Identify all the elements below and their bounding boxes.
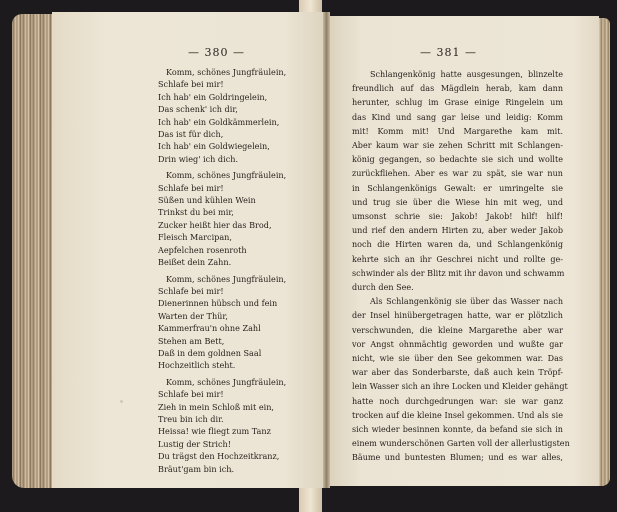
poem-line: Aepfelchen rosenroth (158, 244, 286, 256)
text-line: vor Angst ohnmächtig geworden und wußte … (352, 338, 563, 352)
text-line: und rief den andern Hirten zu, aber wede… (352, 224, 563, 238)
poem-line: Hochzeitlich steht. (158, 359, 286, 371)
text-line: zurückfliehen. Aber es war zu spät, sie … (352, 167, 563, 181)
text-line: sich wieder besinnen konnte, da befand s… (352, 423, 563, 437)
text-line: verschwunden, die kleine Margarethe aber… (352, 324, 563, 338)
poem-stanza: Komm, schönes Jungfräulein, Schlafe bei … (158, 169, 286, 268)
text-line: war aber das Sonderbarste, daß auch kein… (352, 366, 563, 380)
poem-line: Das schenk' ich dir, (158, 103, 286, 115)
poem-line: Lustig der Strich! (158, 438, 286, 450)
poem-line: Komm, schönes Jungfräulein, (158, 169, 286, 181)
poem-line: Warten der Thür, (158, 310, 286, 322)
text-line: lein Wasser sich an ihre Locken und Klei… (352, 380, 563, 394)
poem-line: Stehen am Bett, (158, 335, 286, 347)
prose-text: Schlangenkönig hatte ausgesungen, blinze… (352, 68, 563, 466)
poem-line: Ich hab' ein Goldwiegelein, (158, 140, 286, 152)
poem-line: Schlafe bei mir! (158, 388, 286, 400)
poem-line: Kammerfrau'n ohne Zahl (158, 322, 286, 334)
poem-line: Du trägst den Hochzeitkranz, (158, 450, 286, 462)
poem-line: Ich hab' ein Goldringelein, (158, 91, 286, 103)
poem-line: Trinkst du bei mir, (158, 206, 286, 218)
text-line: trocken auf die kleine Insel gekommen. U… (352, 409, 563, 423)
paragraph: Schlangenkönig hatte ausgesungen, blinze… (352, 68, 563, 295)
text-line: in Schlangenkönigs Gewalt: er umringelte… (352, 182, 563, 196)
text-line: und trug sie über die Wiese hin mit weg,… (352, 196, 563, 210)
poem-line: Fleisch Marcipan, (158, 231, 286, 243)
poem-line: Zieh in mein Schloß mit ein, (158, 401, 286, 413)
text-line: das Kind und sang gar leise und leidig: … (352, 111, 563, 125)
poem-line: Zucker heißt hier das Brod, (158, 219, 286, 231)
text-line: durch den See. (352, 281, 563, 295)
poem-line: Heissa! wie fliegt zum Tanz (158, 425, 286, 437)
poem-line: Komm, schönes Jungfräulein, (158, 66, 286, 78)
text-line: hatte noch durchgedrungen war: sie war g… (352, 395, 563, 409)
paper-stain (120, 400, 123, 403)
text-line: umsonst schrie sie: Jakob! Jakob! hilf! … (352, 210, 563, 224)
text-line: schwinder als der Blitz mit ihr davon un… (352, 267, 563, 281)
right-page-number: — 381 — (420, 46, 477, 59)
text-line: mit! Komm mit! Und Margarethe kam mit. (352, 125, 563, 139)
text-line: herunter, schlug im Grase einige Ringele… (352, 96, 563, 110)
poem-line: Das ist für dich, (158, 128, 286, 140)
poem-line: Beißet dein Zahn. (158, 256, 286, 268)
poem-stanza: Komm, schönes Jungfräulein, Schlafe bei … (158, 376, 286, 475)
text-line: kehrte sich an ihr Geschrei nicht und ro… (352, 253, 563, 267)
poem-stanza: Komm, schönes Jungfräulein, Schlafe bei … (158, 273, 286, 372)
poem-text: Komm, schönes Jungfräulein, Schlafe bei … (158, 66, 286, 479)
paragraph: Als Schlangenkönig sie über das Wasser n… (352, 295, 563, 465)
text-line: könig gegangen, so bedachte sie sich und… (352, 153, 563, 167)
text-line: Schlangenkönig hatte ausgesungen, blinze… (352, 68, 563, 82)
book-gutter (323, 12, 330, 488)
poem-line: Schlafe bei mir! (158, 285, 286, 297)
text-line: einem wunderschönen Garten voll der alle… (352, 437, 563, 451)
poem-line: Ich hab' ein Goldkämmerlein, (158, 116, 286, 128)
text-line: Aber kaum war sie zehen Schritt mit Schl… (352, 139, 563, 153)
poem-line: Drin wieg' ich dich. (158, 153, 286, 165)
text-line: Als Schlangenkönig sie über das Wasser n… (352, 295, 563, 309)
poem-line: Schlafe bei mir! (158, 182, 286, 194)
poem-line: Treu bin ich dir. (158, 413, 286, 425)
poem-line: Schlafe bei mir! (158, 78, 286, 90)
poem-line: Komm, schönes Jungfräulein, (158, 376, 286, 388)
poem-line: Süßen und kühlen Wein (158, 194, 286, 206)
poem-stanza: Komm, schönes Jungfräulein, Schlafe bei … (158, 66, 286, 165)
text-line: der Insel hinübergetragen hatte, war er … (352, 309, 563, 323)
poem-line: Bräut'gam bin ich. (158, 463, 286, 475)
poem-line: Komm, schönes Jungfräulein, (158, 273, 286, 285)
text-line: Bäume und buntesten Blumen; und es war a… (352, 451, 563, 465)
left-page-number: — 380 — (188, 46, 245, 59)
text-line: freundlich auf das Mägdlein herab, kam d… (352, 82, 563, 96)
poem-line: Daß in dem goldnen Saal (158, 347, 286, 359)
text-line: noch die Hirten waren da, und Schlangenk… (352, 238, 563, 252)
poem-line: Dienerinnen hübsch und fein (158, 297, 286, 309)
text-line: nicht, wie sie über den See gekommen war… (352, 352, 563, 366)
